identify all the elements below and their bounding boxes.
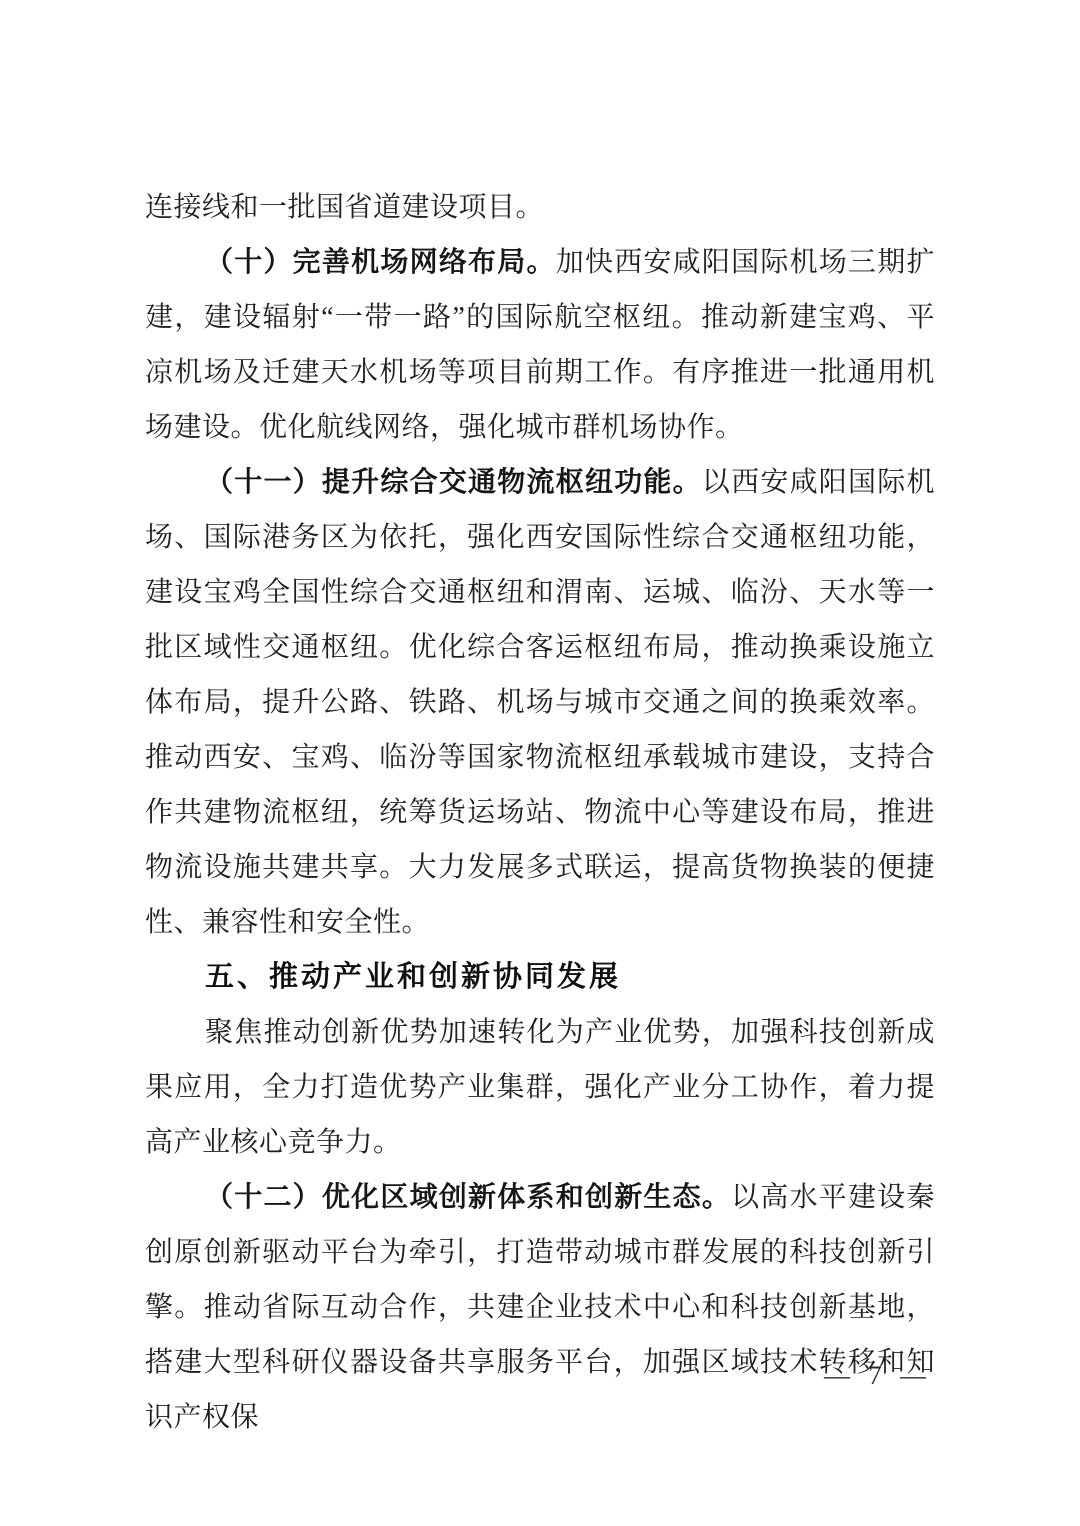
paragraph-text: 以西安咸阳国际机场、国际港务区为依托，强化西安国际性综合交通枢纽功能，建设宝鸡全… xyxy=(145,467,935,938)
paragraph-item-11: （十一）提升综合交通物流枢纽功能。以西安咸阳国际机场、国际港务区为依托，强化西安… xyxy=(145,455,935,950)
section-heading-5: 五、推动产业和创新协同发展 xyxy=(145,950,935,1005)
paragraph-item-10: （十）完善机场网络布局。加快西安咸阳国际机场三期扩建，建设辐射“一带一路”的国际… xyxy=(145,235,935,455)
paragraph-section-intro: 聚焦推动创新优势加速转化为产业优势，加强科技创新成果应用，全力打造优势产业集群，… xyxy=(145,1005,935,1170)
text-block: 连接线和一批国省道建设项目。 （十）完善机场网络布局。加快西安咸阳国际机场三期扩… xyxy=(145,180,935,1445)
paragraph-item-12: （十二）优化区域创新体系和创新生态。以高水平建设秦创原创新驱动平台为牵引，打造带… xyxy=(145,1170,935,1445)
paragraph-text: 连接线和一批国省道建设项目。 xyxy=(145,192,544,223)
paragraph-text: 聚焦推动创新优势加速转化为产业优势，加强科技创新成果应用，全力打造优势产业集群，… xyxy=(145,1017,935,1158)
paragraph-lead: （十二）优化区域创新体系和创新生态。 xyxy=(205,1182,731,1213)
paragraph-lead: （十）完善机场网络布局。 xyxy=(205,247,556,278)
page-number: — 7 — xyxy=(824,1358,932,1394)
paragraph-text: 以高水平建设秦创原创新驱动平台为牵引，打造带动城市群发展的科技创新引擎。推动省际… xyxy=(145,1182,935,1433)
paragraph-continuation: 连接线和一批国省道建设项目。 xyxy=(145,180,935,235)
document-page: 连接线和一批国省道建设项目。 （十）完善机场网络布局。加快西安咸阳国际机场三期扩… xyxy=(0,0,1080,1526)
section-heading-text: 五、推动产业和创新协同发展 xyxy=(205,961,621,993)
paragraph-lead: （十一）提升综合交通物流枢纽功能。 xyxy=(205,467,702,498)
